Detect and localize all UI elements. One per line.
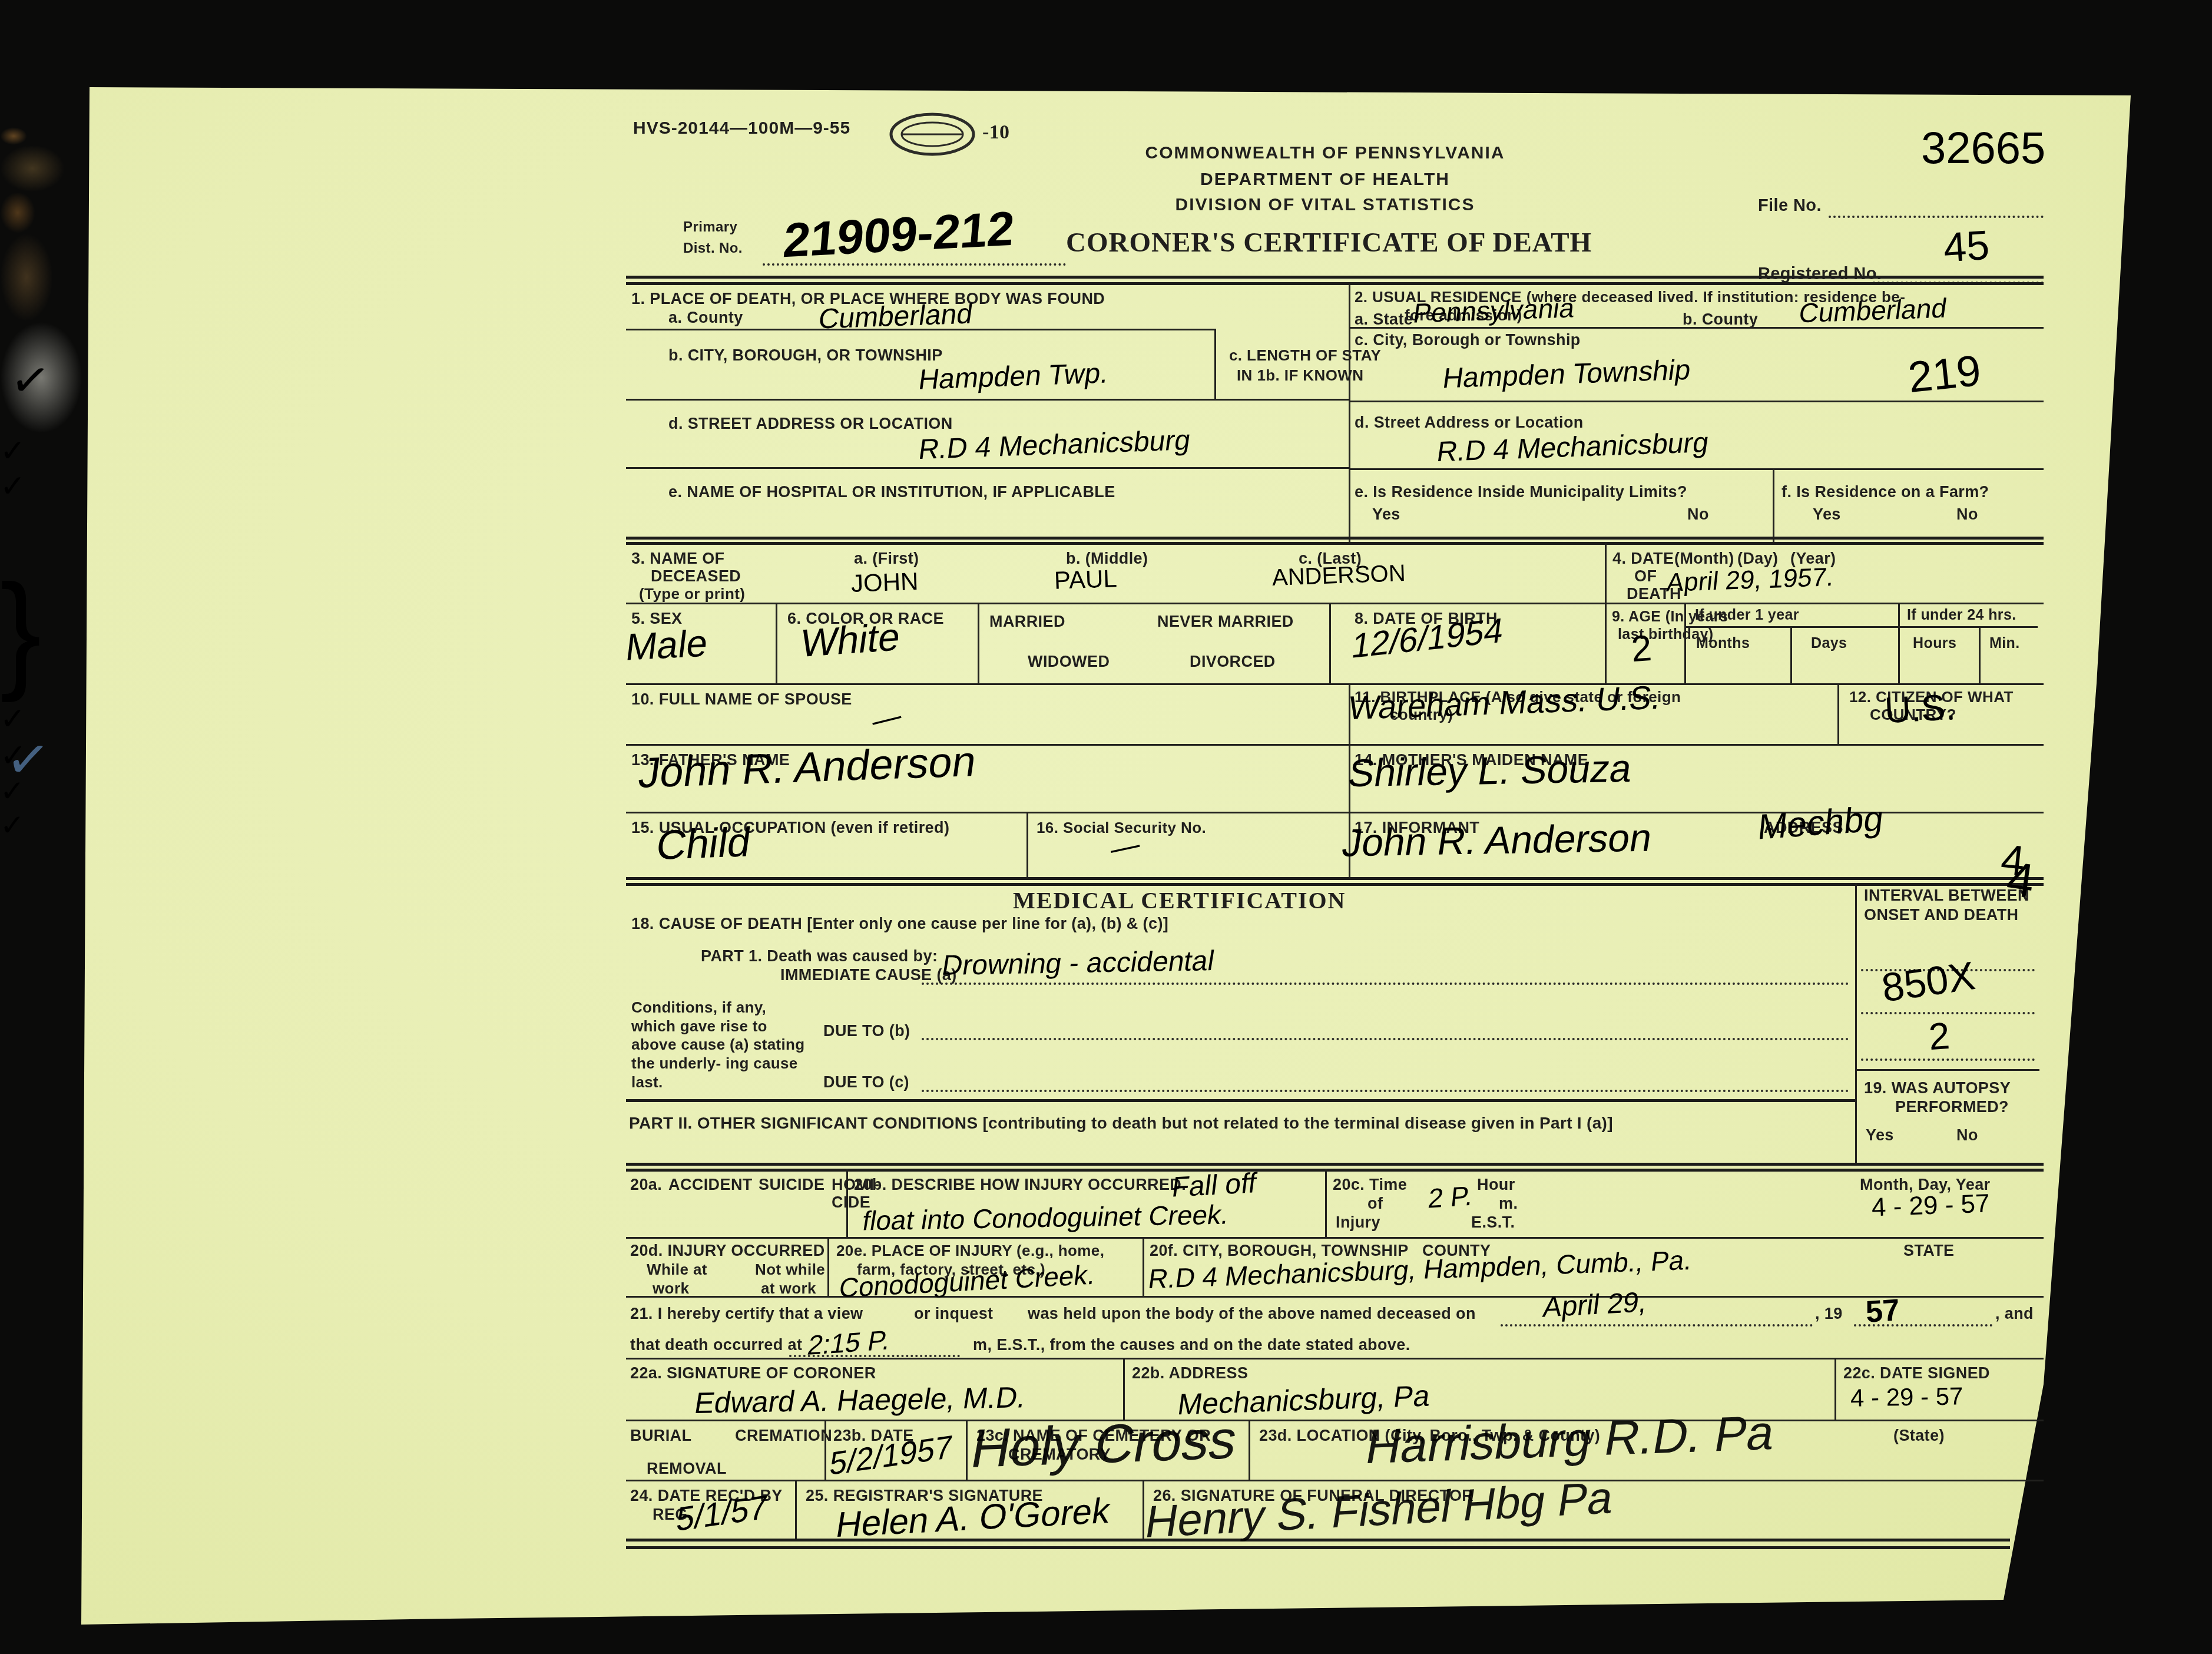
union-label-stamp bbox=[888, 112, 976, 157]
s1d-label: d. STREET ADDRESS OR LOCATION bbox=[668, 415, 953, 434]
s22b-label: 22b. ADDRESS bbox=[1132, 1364, 1248, 1383]
part2-label: PART II. OTHER SIGNIFICANT CONDITIONS [c… bbox=[629, 1113, 1848, 1133]
s1c-label2: IN 1b. IF KNOWN bbox=[1237, 366, 1363, 385]
s2c-label: c. City, Borough or Township bbox=[1355, 331, 1581, 350]
registered-no-value: 45 bbox=[1942, 221, 1991, 271]
s20c-mdy-value: 4 - 29 - 57 bbox=[1871, 1189, 1990, 1223]
s20a-num: 20a. bbox=[630, 1176, 662, 1195]
s2f-label: f. Is Residence on a Farm? bbox=[1781, 483, 1989, 502]
primary-dist-label2: Dist. No. bbox=[683, 240, 743, 257]
s20c-m-label: m. bbox=[1499, 1195, 1518, 1213]
interval-label2: ONSET AND DEATH bbox=[1864, 906, 2019, 925]
s21-text4: , 19 bbox=[1815, 1305, 1843, 1324]
s19-no-label: No bbox=[1956, 1126, 1978, 1145]
due-c-label: DUE TO (c) bbox=[823, 1073, 909, 1092]
s1b-value: Hampden Twp. bbox=[916, 357, 1111, 396]
s21-date-value: April 29, bbox=[1541, 1286, 1649, 1324]
agency-line-2: DEPARTMENT OF HEALTH bbox=[1090, 169, 1561, 190]
s23a-removal-label: REMOVAL bbox=[647, 1460, 727, 1478]
cause-a-value: Drowning - accidental bbox=[940, 945, 1217, 982]
s2-red-number: 219 bbox=[1906, 345, 1983, 402]
agency-line-3: DIVISION OF VITAL STATISTICS bbox=[1090, 194, 1561, 215]
s2d-label: d. Street Address or Location bbox=[1355, 414, 1584, 432]
s20a-accident-label: ACCIDENT bbox=[668, 1176, 753, 1195]
s14-value: Shirley L. Souza bbox=[1345, 746, 1635, 796]
s2e-yes-label: Yes bbox=[1372, 505, 1400, 524]
s18-label: 18. CAUSE OF DEATH [Enter only one cause… bbox=[631, 915, 1168, 934]
s22a-value: Edward A. Haegele, M.D. bbox=[692, 1380, 1028, 1420]
cause-b-line bbox=[922, 1038, 1849, 1040]
s19-label1: 19. WAS AUTOPSY bbox=[1864, 1079, 2011, 1098]
s20a-suicide-label: SUICIDE bbox=[759, 1176, 824, 1195]
s2e-label: e. Is Residence Inside Municipality Limi… bbox=[1355, 483, 1687, 502]
union-label-suffix: -10 bbox=[982, 121, 1010, 144]
s21-time-value: 2:15 P. bbox=[805, 1324, 893, 1362]
s20b-value2: float into Conodoguinet Creek. bbox=[860, 1198, 1231, 1236]
stain bbox=[0, 233, 53, 322]
cause-c-line bbox=[922, 1090, 1849, 1092]
s23d-state-label: (State) bbox=[1893, 1427, 1945, 1445]
s20c-time-value: 2 P. bbox=[1426, 1179, 1474, 1215]
s2a-label: a. State bbox=[1355, 310, 1413, 329]
s1a-value: Cumberland bbox=[816, 297, 975, 335]
s23c-value: Holy Cross bbox=[966, 1409, 1242, 1480]
file-no-label: File No. bbox=[1758, 196, 1822, 216]
s20b-label: 20b. DESCRIBE HOW INJURY OCCURRED. bbox=[854, 1176, 1186, 1195]
conditions-brace: } bbox=[0, 555, 2212, 705]
s2b-label: b. County bbox=[1683, 310, 1758, 329]
s21-text6: that death occurred at bbox=[630, 1336, 802, 1355]
s22c-value: 4 - 29 - 57 bbox=[1850, 1382, 1963, 1412]
s20c-est-label: E.S.T. bbox=[1471, 1213, 1515, 1232]
s21-year-value: 57 bbox=[1865, 1292, 1901, 1330]
s21-text3: was held upon the body of the above name… bbox=[1028, 1305, 1476, 1324]
s21-text7: m, E.S.T., from the causes and on the da… bbox=[973, 1336, 1410, 1355]
interval-line-c bbox=[1861, 1058, 2035, 1061]
s22c-label: 22c. DATE SIGNED bbox=[1843, 1364, 1990, 1383]
s2e-no-label: No bbox=[1687, 505, 1709, 524]
file-number-stamp: 32665 bbox=[1921, 123, 2045, 174]
s19-yes-label: Yes bbox=[1866, 1126, 1894, 1145]
cause-a-line bbox=[922, 983, 1849, 985]
agency-line-1: COMMONWEALTH OF PENNSYLVANIA bbox=[1090, 143, 1561, 163]
s20f-state-label: STATE bbox=[1903, 1242, 1955, 1261]
certificate-title: CORONER'S CERTIFICATE OF DEATH bbox=[1066, 227, 1592, 259]
stain bbox=[0, 145, 65, 192]
stain bbox=[0, 127, 27, 145]
s2a-value: Pennsylvania bbox=[1411, 292, 1577, 329]
s20d-while2: work bbox=[653, 1279, 689, 1298]
interval-value-b: 2 bbox=[1927, 1014, 1951, 1058]
s21-date-line bbox=[1501, 1324, 1813, 1326]
s20e-label1: 20e. PLACE OF INJURY (e.g., home, bbox=[836, 1242, 1104, 1260]
form-number: HVS-20144—100M—9-55 bbox=[633, 118, 850, 138]
registered-no-label: Registered No. bbox=[1758, 264, 1882, 284]
s20d-notwhile2: at work bbox=[761, 1279, 816, 1298]
s21-text5: , and bbox=[1995, 1305, 2034, 1324]
punch-hole-top bbox=[0, 0, 61, 61]
s21-text2: or inquest bbox=[914, 1305, 994, 1324]
s2f-yes-label: Yes bbox=[1813, 505, 1841, 524]
s19-label2: PERFORMED? bbox=[1895, 1098, 2009, 1117]
s1a-label: a. County bbox=[668, 309, 743, 328]
part1-label: PART 1. Death was caused by: bbox=[701, 947, 938, 966]
scanned-death-certificate: HVS-20144—100M—9-55 -10 COMMONWEALTH OF … bbox=[0, 0, 2212, 1654]
s20d-notwhile1: Not while bbox=[755, 1261, 825, 1279]
s20c-label2: of bbox=[1367, 1195, 1383, 1213]
conditions-note: Conditions, if any, which gave rise to a… bbox=[631, 998, 808, 1092]
s20c-label1: 20c. Time bbox=[1333, 1176, 1407, 1195]
s2b-value: Cumberland bbox=[1797, 292, 1949, 329]
s23a-burial-label: BURIAL bbox=[630, 1427, 691, 1445]
punch-hole-bottom bbox=[0, 61, 66, 127]
s17-value: John R. Anderson bbox=[1339, 815, 1655, 865]
s20c-hour-label: Hour bbox=[1477, 1176, 1515, 1195]
s2f-no-label: No bbox=[1956, 505, 1978, 524]
s20d-label: 20d. INJURY OCCURRED bbox=[630, 1242, 825, 1261]
s21-text1: 21. I hereby certify that a view bbox=[630, 1305, 863, 1324]
primary-dist-label: Primary bbox=[683, 219, 737, 236]
file-no-line bbox=[1829, 216, 2044, 218]
s1b-label: b. CITY, BOROUGH, OR TOWNSHIP bbox=[668, 346, 943, 365]
s23a-cremation-label: CREMATION bbox=[735, 1427, 832, 1445]
s20d-while1: While at bbox=[647, 1261, 707, 1279]
s22a-label: 22a. SIGNATURE OF CORONER bbox=[630, 1364, 876, 1383]
s20c-label3: Injury bbox=[1336, 1213, 1380, 1232]
stain bbox=[0, 192, 35, 233]
due-b-label: DUE TO (b) bbox=[823, 1022, 910, 1041]
union-label-icon bbox=[888, 112, 976, 157]
